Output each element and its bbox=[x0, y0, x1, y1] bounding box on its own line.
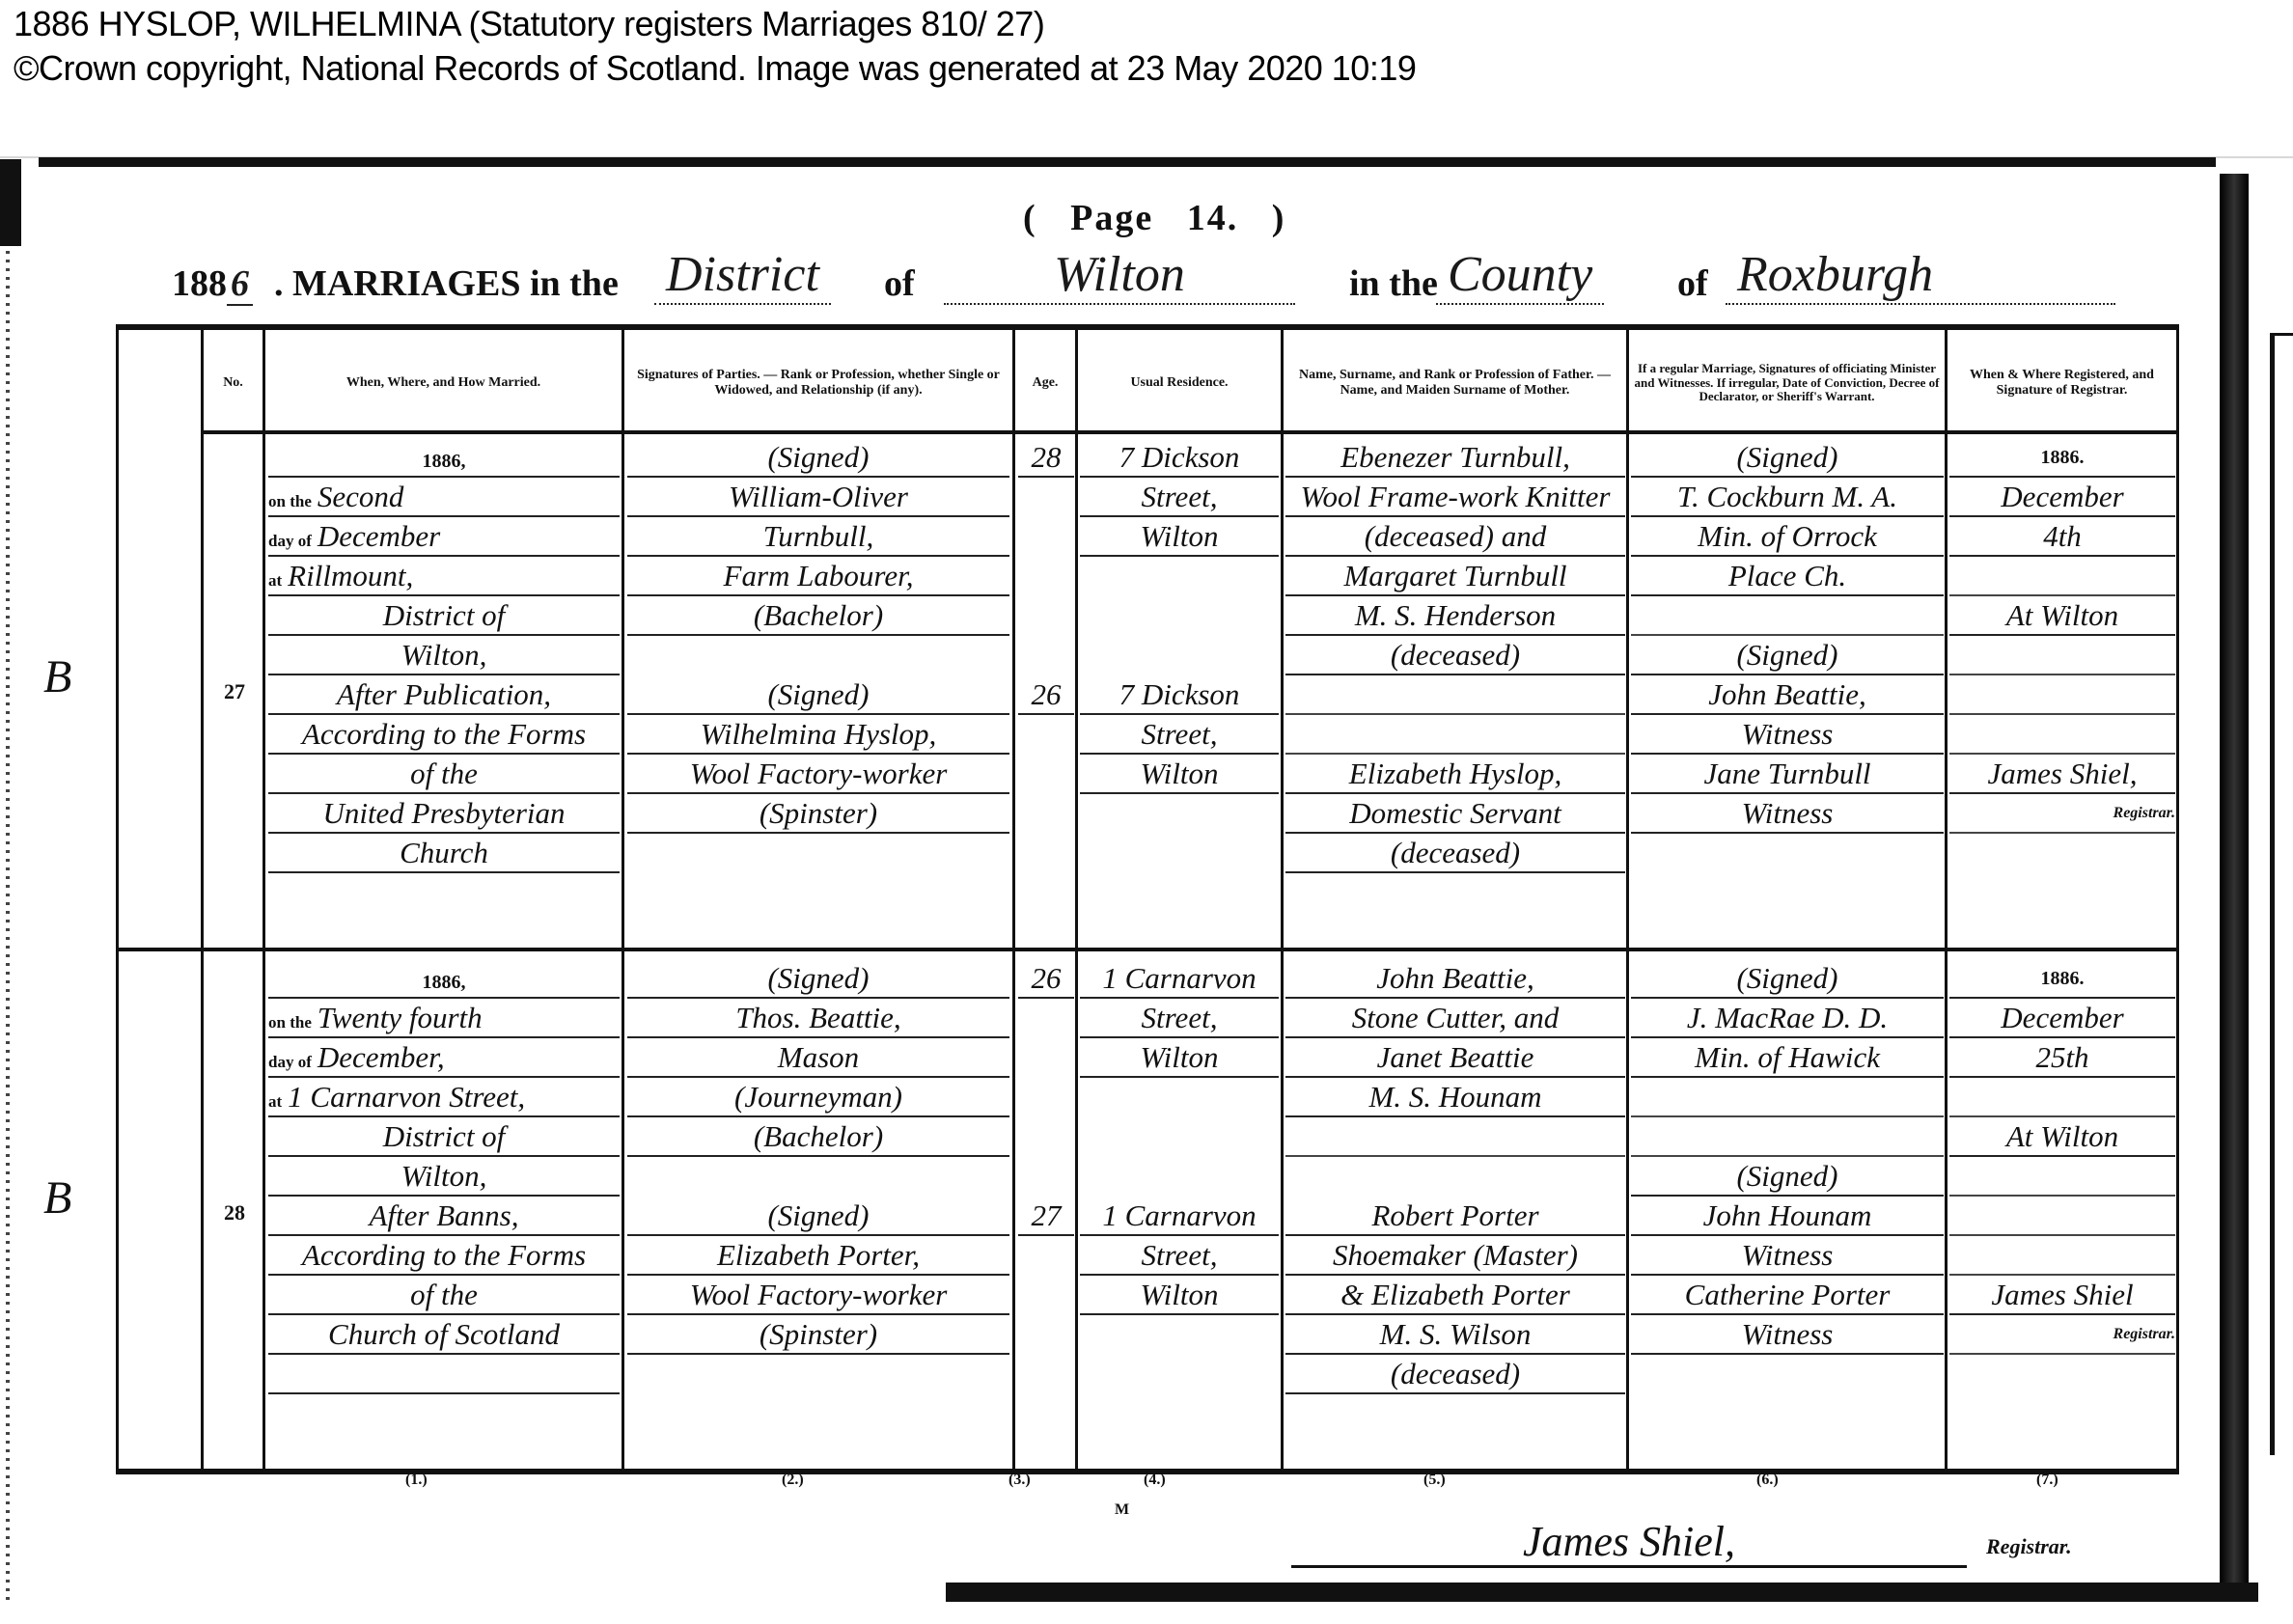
title-of-2: of bbox=[1677, 262, 1708, 305]
minister-witnesses-line: J. MacRae D. D. bbox=[1631, 999, 1944, 1038]
bride-signature-line: (Spinster) bbox=[627, 794, 1009, 834]
when-where-how-line: of the bbox=[268, 755, 620, 794]
scan-bottom-edge bbox=[946, 1583, 2258, 1602]
groom-age-line: 28 bbox=[1018, 438, 1074, 478]
minister-witnesses-line: Min. of Orrock bbox=[1631, 517, 1944, 557]
bride-residence: 1 CarnarvonStreet,Wilton bbox=[1080, 1197, 1279, 1315]
printed-prefix: day of bbox=[268, 532, 312, 550]
handwritten-text: Church bbox=[400, 836, 488, 869]
bride-residence-line: 7 Dickson bbox=[1080, 675, 1279, 715]
minister-witnesses: (Signed)T. Cockburn M. A.Min. of OrrockP… bbox=[1631, 438, 1944, 834]
groom-signature-line: Thos. Beattie, bbox=[627, 999, 1009, 1038]
groom-parents: John Beattie,Stone Cutter, andJanet Beat… bbox=[1285, 959, 1625, 1157]
minister-witnesses-line: John Hounam bbox=[1631, 1197, 1944, 1236]
bride-parents-line: (deceased) bbox=[1285, 834, 1625, 873]
column-number: (5.) bbox=[1423, 1472, 1446, 1489]
groom-signature-line: Mason bbox=[627, 1038, 1009, 1078]
minister-witnesses-line: (Signed) bbox=[1631, 438, 1944, 478]
minister-witnesses-line: (Signed) bbox=[1631, 636, 1944, 675]
bride-signature-line: Wilhelmina Hyslop, bbox=[627, 715, 1009, 755]
entry-number: 27 bbox=[204, 679, 265, 704]
handwritten-text: District of bbox=[383, 598, 506, 632]
when-where-how-line: 1886, bbox=[268, 438, 620, 478]
bride-residence-line: 1 Carnarvon bbox=[1080, 1197, 1279, 1236]
groom-parents-line bbox=[1285, 1117, 1625, 1157]
groom-signature: (Signed)William-OliverTurnbull,Farm Labo… bbox=[627, 438, 1009, 636]
groom-signature-line: Farm Labourer, bbox=[627, 557, 1009, 596]
registration: 1886.December25thAt WiltonJames ShielReg… bbox=[1949, 959, 2175, 1355]
entry-divider bbox=[116, 948, 2179, 951]
handwritten-text: According to the Forms bbox=[302, 717, 586, 751]
groom-parents-line: Janet Beattie bbox=[1285, 1038, 1625, 1078]
groom-signature: (Signed)Thos. Beattie,Mason(Journeyman)(… bbox=[627, 959, 1009, 1157]
when-where-how: 1886,on theTwenty fourthday ofDecember,a… bbox=[268, 959, 620, 1394]
minister-witnesses-line bbox=[1631, 1078, 1944, 1117]
minister-witnesses-line: Witness bbox=[1631, 794, 1944, 834]
minister-witnesses-line: Min. of Hawick bbox=[1631, 1038, 1944, 1078]
groom-parents-line: M. S. Henderson bbox=[1285, 596, 1625, 636]
header-minister-witnesses: If a regular Marriage, Signatures of off… bbox=[1629, 336, 1945, 430]
bride-parents-line: Shoemaker (Master) bbox=[1285, 1236, 1625, 1276]
when-where-how-line: Wilton, bbox=[268, 636, 620, 675]
groom-parents-line: Stone Cutter, and bbox=[1285, 999, 1625, 1038]
bride-signature: (Signed)Elizabeth Porter,Wool Factory-wo… bbox=[627, 1197, 1009, 1355]
handwritten-text: After Publication, bbox=[337, 677, 551, 711]
groom-residence-line: 1 Carnarvon bbox=[1080, 959, 1279, 999]
minister-witnesses-line: (Signed) bbox=[1631, 1157, 1944, 1197]
column-number: (4.) bbox=[1144, 1472, 1166, 1489]
scan-top-edge bbox=[39, 157, 2216, 167]
bride-parents-line: Domestic Servant bbox=[1285, 794, 1625, 834]
bride-parents-line: (deceased) bbox=[1285, 1355, 1625, 1394]
handwritten-text: 1 Carnarvon Street, bbox=[288, 1080, 525, 1114]
scan-left-edge-noise bbox=[6, 251, 10, 1602]
minister-witnesses-line: Witness bbox=[1631, 715, 1944, 755]
col-rule bbox=[201, 330, 204, 1469]
groom-signature-line: (Journeyman) bbox=[627, 1078, 1009, 1117]
groom-age: 26 bbox=[1018, 959, 1074, 999]
col-rule bbox=[622, 330, 624, 1469]
handwritten-text: December, bbox=[318, 1040, 445, 1074]
register-title: 1886 . MARRIAGES in the District of Wilt… bbox=[172, 247, 2150, 315]
groom-parents-line: (deceased) bbox=[1285, 636, 1625, 675]
col-rule bbox=[1075, 330, 1078, 1469]
header-residence: Usual Residence. bbox=[1078, 336, 1281, 430]
title-division-type: District bbox=[654, 246, 831, 305]
bride-parents: Elizabeth Hyslop,Domestic Servant(deceas… bbox=[1285, 675, 1625, 873]
record-title: 1886 HYSLOP, WILHELMINA (Statutory regis… bbox=[14, 4, 1044, 44]
when-where-how-line: United Presbyterian bbox=[268, 794, 620, 834]
groom-signature-line: (Signed) bbox=[627, 959, 1009, 999]
header-parents: Name, Surname, and Rank or Profession of… bbox=[1284, 336, 1626, 430]
copyright-notice: ©Crown copyright, National Records of Sc… bbox=[14, 48, 1416, 89]
minister-witnesses-line: John Beattie, bbox=[1631, 675, 1944, 715]
when-where-how-line: on theSecond bbox=[268, 478, 620, 517]
registration: 1886.December4thAt WiltonJames Shiel,Reg… bbox=[1949, 438, 2175, 834]
handwritten-text: According to the Forms bbox=[302, 1238, 586, 1272]
adjacent-page-edge bbox=[2270, 333, 2293, 1455]
registration-line bbox=[1949, 636, 2175, 675]
registration-line: December bbox=[1949, 999, 2175, 1038]
bride-parents: Robert PorterShoemaker (Master)& Elizabe… bbox=[1285, 1197, 1625, 1394]
bride-residence-line: Wilton bbox=[1080, 755, 1279, 794]
registration-line bbox=[1949, 675, 2175, 715]
header-no: No. bbox=[204, 336, 262, 430]
handwritten-text: 1886, bbox=[423, 972, 466, 993]
when-where-how-line: of the bbox=[268, 1276, 620, 1315]
when-where-how-line: District of bbox=[268, 1117, 620, 1157]
handwritten-text: Wilton, bbox=[401, 638, 487, 672]
bride-signature-line: (Signed) bbox=[627, 1197, 1009, 1236]
bride-signature-line: (Spinster) bbox=[627, 1315, 1009, 1355]
groom-residence-line: Wilton bbox=[1080, 1038, 1279, 1078]
bride-signature-line: Wool Factory-worker bbox=[627, 1276, 1009, 1315]
col-rule bbox=[116, 330, 119, 1469]
when-where-how-line: 1886, bbox=[268, 959, 620, 999]
title-in-the: in the bbox=[1349, 262, 1438, 305]
groom-signature-line: (Bachelor) bbox=[627, 1117, 1009, 1157]
groom-parents-line: Margaret Turnbull bbox=[1285, 557, 1625, 596]
margin-mark: B bbox=[43, 650, 71, 703]
when-where-how-line bbox=[268, 1355, 620, 1394]
registration-line bbox=[1949, 1197, 2175, 1236]
registration-line: 1886. bbox=[1949, 959, 2175, 999]
registration-line: James Shiel bbox=[1949, 1276, 2175, 1315]
bride-parents-line bbox=[1285, 715, 1625, 755]
groom-signature-line: (Bachelor) bbox=[627, 596, 1009, 636]
minister-witnesses-line: Witness bbox=[1631, 1315, 1944, 1355]
handwritten-text: District of bbox=[383, 1119, 506, 1153]
col-rule bbox=[262, 330, 265, 1469]
bride-age: 26 bbox=[1018, 675, 1074, 715]
bride-parents-line bbox=[1285, 675, 1625, 715]
handwritten-text: Rillmount, bbox=[288, 559, 413, 592]
handwritten-text: Twenty fourth bbox=[318, 1001, 483, 1034]
handwritten-text: 1886, bbox=[423, 451, 466, 472]
registration-line bbox=[1949, 1236, 2175, 1276]
groom-residence: 7 DicksonStreet,Wilton bbox=[1080, 438, 1279, 557]
header-registered: When & Where Registered, and Signature o… bbox=[1948, 336, 2176, 430]
minister-witnesses-line: Jane Turnbull bbox=[1631, 755, 1944, 794]
bride-parents-line: Elizabeth Hyslop, bbox=[1285, 755, 1625, 794]
registration-line: 4th bbox=[1949, 517, 2175, 557]
page-gutter bbox=[2220, 174, 2249, 1602]
bride-signature-line: (Signed) bbox=[627, 675, 1009, 715]
title-year-hand: 6 bbox=[227, 263, 253, 306]
minister-witnesses-line bbox=[1631, 1117, 1944, 1157]
groom-parents-line: Wool Frame-work Knitter bbox=[1285, 478, 1625, 517]
bride-parents-line: Robert Porter bbox=[1285, 1197, 1625, 1236]
minister-witnesses-line: Place Ch. bbox=[1631, 557, 1944, 596]
minister-witnesses: (Signed)J. MacRae D. D.Min. of Hawick(Si… bbox=[1631, 959, 1944, 1355]
groom-residence-line: Wilton bbox=[1080, 517, 1279, 557]
groom-parents-line: Ebenezer Turnbull, bbox=[1285, 438, 1625, 478]
column-number: (3.) bbox=[1008, 1472, 1031, 1489]
registration-line bbox=[1949, 557, 2175, 596]
when-where-how-line: According to the Forms bbox=[268, 1236, 620, 1276]
registration-line: James Shiel, bbox=[1949, 755, 2175, 794]
col-rule bbox=[1012, 330, 1015, 1469]
when-where-how-line: Church bbox=[268, 834, 620, 873]
groom-signature-line: (Signed) bbox=[627, 438, 1009, 478]
entry-number: 28 bbox=[204, 1200, 265, 1225]
when-where-how-line: atRillmount, bbox=[268, 557, 620, 596]
groom-parents: Ebenezer Turnbull,Wool Frame-work Knitte… bbox=[1285, 438, 1625, 675]
bride-age: 27 bbox=[1018, 1197, 1074, 1236]
groom-signature-line: William-Oliver bbox=[627, 478, 1009, 517]
footer-mark: M bbox=[1115, 1501, 1129, 1519]
title-of-1: of bbox=[884, 262, 915, 305]
registration-line: 25th bbox=[1949, 1038, 2175, 1078]
scan-left-edge bbox=[0, 159, 21, 246]
groom-age-line: 26 bbox=[1018, 959, 1074, 999]
when-where-how-line: After Publication, bbox=[268, 675, 620, 715]
handwritten-text: December bbox=[318, 519, 440, 553]
when-where-how-line: Wilton, bbox=[268, 1157, 620, 1197]
when-where-how-line: day ofDecember, bbox=[268, 1038, 620, 1078]
groom-signature-line: Turnbull, bbox=[627, 517, 1009, 557]
col-rule bbox=[1626, 330, 1629, 1469]
bride-signature-line: Elizabeth Porter, bbox=[627, 1236, 1009, 1276]
when-where-how-line: District of bbox=[268, 596, 620, 636]
when-where-how: 1886,on theSecondday ofDecemberatRillmou… bbox=[268, 438, 620, 873]
registration-line bbox=[1949, 715, 2175, 755]
groom-residence-line: Street, bbox=[1080, 478, 1279, 517]
bride-residence-line: Street, bbox=[1080, 1236, 1279, 1276]
bride-signature-line: Wool Factory-worker bbox=[627, 755, 1009, 794]
groom-parents-line: (deceased) and bbox=[1285, 517, 1625, 557]
printed-prefix: at bbox=[268, 1092, 282, 1111]
registration-line: At Wilton bbox=[1949, 1117, 2175, 1157]
handwritten-text: of the bbox=[410, 757, 478, 790]
title-district-name: Wilton bbox=[944, 246, 1295, 305]
minister-witnesses-line bbox=[1631, 596, 1944, 636]
registration-line: December bbox=[1949, 478, 2175, 517]
footer-registrar-label: Registrar. bbox=[1986, 1534, 2072, 1559]
bride-residence: 7 DicksonStreet,Wilton bbox=[1080, 675, 1279, 794]
when-where-how-line: Church of Scotland bbox=[268, 1315, 620, 1355]
handwritten-text: After Banns, bbox=[370, 1198, 519, 1232]
header-rule bbox=[201, 430, 2179, 434]
header-age: Age. bbox=[1015, 336, 1075, 430]
when-where-how-line: on theTwenty fourth bbox=[268, 999, 620, 1038]
title-region-type: County bbox=[1436, 246, 1604, 305]
page-number: ( Page 14. ) bbox=[1023, 197, 1285, 239]
marriage-register-table: No. When, Where, and How Married. Signat… bbox=[116, 324, 2179, 1474]
column-number: (2.) bbox=[782, 1472, 804, 1489]
column-number: (6.) bbox=[1756, 1472, 1779, 1489]
column-numbers: (1.) (2.) (3.) (4.) (5.) (6.) (7.) bbox=[116, 1472, 2179, 1500]
handwritten-text: Wilton, bbox=[401, 1159, 487, 1193]
registration-line: 1886. bbox=[1949, 438, 2175, 478]
bride-parents-line: & Elizabeth Porter bbox=[1285, 1276, 1625, 1315]
col-rule bbox=[1945, 330, 1948, 1469]
registration-line bbox=[1949, 1157, 2175, 1197]
minister-witnesses-line: T. Cockburn M. A. bbox=[1631, 478, 1944, 517]
groom-residence-line: 7 Dickson bbox=[1080, 438, 1279, 478]
col-rule bbox=[2176, 330, 2179, 1469]
registrar-label: Registrar. bbox=[1949, 1315, 2175, 1355]
column-number: (1.) bbox=[405, 1472, 428, 1489]
minister-witnesses-line: (Signed) bbox=[1631, 959, 1944, 999]
when-where-how-line: After Banns, bbox=[268, 1197, 620, 1236]
handwritten-text: United Presbyterian bbox=[322, 796, 565, 830]
footer-registrar-signature: James Shiel, bbox=[1291, 1515, 1967, 1568]
printed-prefix: at bbox=[268, 571, 282, 590]
bride-age-line: 27 bbox=[1018, 1197, 1074, 1236]
printed-prefix: on the bbox=[268, 492, 312, 510]
col-rule bbox=[1281, 330, 1284, 1469]
groom-parents-line: John Beattie, bbox=[1285, 959, 1625, 999]
when-where-how-line: According to the Forms bbox=[268, 715, 620, 755]
registrar-label: Registrar. bbox=[1949, 794, 2175, 834]
margin-mark: B bbox=[43, 1171, 71, 1225]
bride-residence-line: Street, bbox=[1080, 715, 1279, 755]
bride-residence-line: Wilton bbox=[1080, 1276, 1279, 1315]
groom-residence-line: Street, bbox=[1080, 999, 1279, 1038]
bride-signature: (Signed)Wilhelmina Hyslop,Wool Factory-w… bbox=[627, 675, 1009, 834]
printed-prefix: day of bbox=[268, 1053, 312, 1071]
registration-line: At Wilton bbox=[1949, 596, 2175, 636]
registration-line bbox=[1949, 1078, 2175, 1117]
title-marriages-label: . MARRIAGES in the bbox=[274, 262, 619, 305]
bride-age-line: 26 bbox=[1018, 675, 1074, 715]
minister-witnesses-line: Witness bbox=[1631, 1236, 1944, 1276]
handwritten-text: Second bbox=[318, 480, 404, 513]
groom-age: 28 bbox=[1018, 438, 1074, 478]
when-where-how-line: at1 Carnarvon Street, bbox=[268, 1078, 620, 1117]
groom-parents-line: M. S. Hounam bbox=[1285, 1078, 1625, 1117]
column-number: (7.) bbox=[2036, 1472, 2058, 1489]
minister-witnesses-line: Catherine Porter bbox=[1631, 1276, 1944, 1315]
groom-residence: 1 CarnarvonStreet,Wilton bbox=[1080, 959, 1279, 1078]
title-year-printed: 1886 bbox=[172, 262, 253, 305]
header-signatures: Signatures of Parties. — Rank or Profess… bbox=[624, 336, 1012, 430]
when-where-how-line: day ofDecember bbox=[268, 517, 620, 557]
handwritten-text: of the bbox=[410, 1278, 478, 1311]
handwritten-text: Church of Scotland bbox=[328, 1317, 560, 1351]
printed-prefix: on the bbox=[268, 1013, 312, 1032]
bride-parents-line: M. S. Wilson bbox=[1285, 1315, 1625, 1355]
header-when-where-how: When, Where, and How Married. bbox=[265, 336, 622, 430]
title-county-name: Roxburgh bbox=[1726, 246, 2115, 305]
